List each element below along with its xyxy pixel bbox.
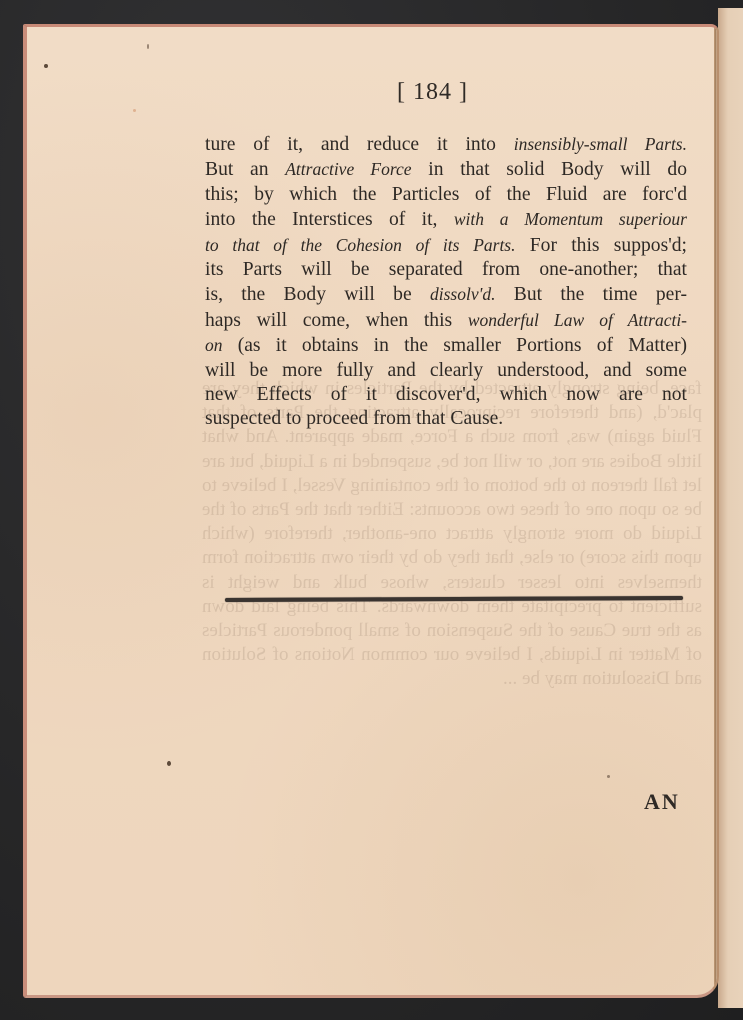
roman-text: For this suppos'd;: [516, 235, 688, 256]
roman-text: this; by which the Particles of the Flui…: [205, 184, 687, 205]
roman-text: is, the Body will be: [205, 284, 430, 305]
page-number: [ 184 ]: [397, 79, 468, 106]
text-line: this; by which the Particles of the Flui…: [205, 183, 687, 207]
roman-text: into the Interstices of it,: [205, 209, 454, 230]
italic-text: on: [205, 335, 223, 355]
roman-text: in that solid Body will do: [412, 159, 687, 180]
paper-speck: [147, 44, 149, 49]
text-line: But an Attractive Force in that solid Bo…: [205, 157, 687, 182]
roman-text: will be more fully and clearly understoo…: [205, 360, 687, 381]
paper-speck: [44, 64, 48, 68]
paper-speck: [167, 761, 171, 766]
text-line: ture of it, and reduce it into insensibl…: [205, 132, 687, 157]
italic-text: with a Momentum superiour: [454, 209, 687, 229]
roman-text: (as it obtains in the smaller Portions o…: [223, 335, 688, 356]
text-line: to that of the Cohesion of its Parts. Fo…: [205, 233, 687, 258]
roman-text: But an: [205, 159, 285, 180]
italic-text: dissolv'd.: [430, 284, 495, 304]
text-line: into the Interstices of it, with a Momen…: [205, 207, 687, 232]
italic-text: to that of the Cohesion of its Parts.: [205, 235, 516, 255]
text-line: new Effects of it discover'd, which now …: [205, 383, 687, 407]
text-line: on (as it obtains in the smaller Portion…: [205, 333, 687, 358]
paper-speck: [133, 109, 136, 112]
catchword: AN: [644, 789, 680, 815]
italic-text: wonderful Law of Attracti-: [468, 310, 687, 330]
text-line: suspected to proceed from that Cause.: [205, 407, 687, 431]
roman-text: ture of it, and reduce it into: [205, 134, 514, 155]
roman-text: its Parts will be separated from one-ano…: [205, 259, 687, 280]
text-line: its Parts will be separated from one-ano…: [205, 258, 687, 282]
italic-text: insensibly-small Parts.: [514, 134, 687, 154]
section-divider-rule: [225, 596, 683, 602]
bleed-through-text: face, being strongly attracted by the Pa…: [202, 377, 702, 857]
body-text: ture of it, and reduce it into insensibl…: [205, 132, 687, 432]
roman-text: new Effects of it discover'd, which now …: [205, 384, 687, 405]
next-page-edge: [718, 8, 743, 1008]
roman-text: haps will come, when this: [205, 310, 468, 331]
paper-speck: [607, 775, 610, 778]
text-line: haps will come, when this wonderful Law …: [205, 308, 687, 333]
text-line: will be more fully and clearly understoo…: [205, 359, 687, 383]
italic-text: Attractive Force: [285, 159, 411, 179]
roman-text: But the time per-: [495, 284, 687, 305]
text-line: is, the Body will be dissolv'd. But the …: [205, 282, 687, 307]
roman-text: suspected to proceed from that Cause.: [205, 408, 503, 429]
gutter-fold: [714, 27, 717, 995]
book-page: face, being strongly attracted by the Pa…: [23, 24, 719, 998]
